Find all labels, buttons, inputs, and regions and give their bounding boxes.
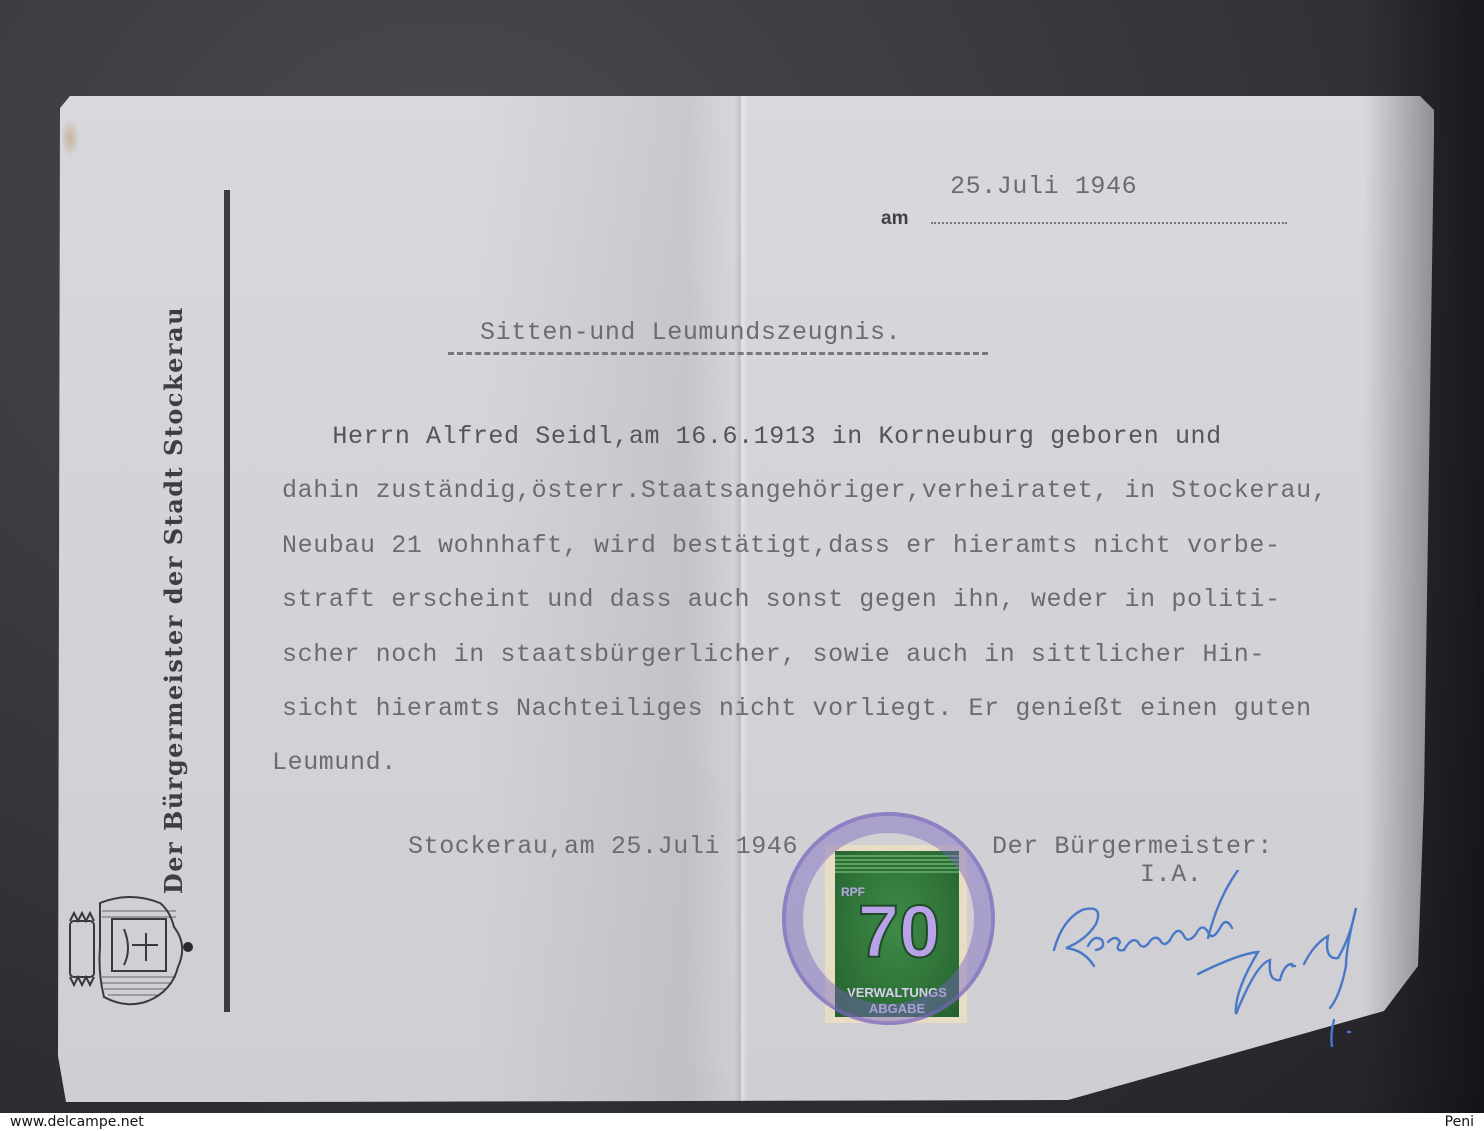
body-line-5: scher noch in staatsbürgerlicher, sowie … <box>282 640 1265 669</box>
letterhead-rule <box>224 190 230 1012</box>
place-date: Stockerau,am 25.Juli 1946 <box>408 832 798 861</box>
signatory-title: Der Bürgermeister: <box>992 832 1273 861</box>
letterhead-vertical: Der Bürgermeister der Stadt Stockerau <box>159 306 188 894</box>
body-line-2: dahin zuständig,österr.Staatsangehöriger… <box>282 476 1327 505</box>
date-dotted-line <box>931 222 1287 224</box>
handwritten-signature <box>1048 870 1418 1060</box>
watermark-seller: Peni <box>1445 1114 1474 1130</box>
cancellation-stamp-icon <box>782 812 995 1025</box>
body-line-7: Leumund. <box>272 748 397 777</box>
body-line-1: Herrn Alfred Seidl,am 16.6.1913 in Korne… <box>270 422 1222 451</box>
watermark-delcampe: www.delcampe.net <box>10 1114 144 1130</box>
body-line-4: straft erscheint und dass auch sonst geg… <box>282 585 1281 614</box>
coat-of-arms-icon <box>66 893 206 1013</box>
date-value: 25.Juli 1946 <box>950 172 1137 201</box>
body-line-6: sicht hieramts Nachteiliges nicht vorlie… <box>282 694 1312 723</box>
paper-stain <box>60 118 80 158</box>
body-line-3: Neubau 21 wohnhaft, wird bestätigt,dass … <box>282 531 1281 560</box>
document-title: Sitten-und Leumundszeugnis. <box>480 318 901 347</box>
date-label: am <box>881 208 908 230</box>
photo-background: Der Bürgermeister der Stadt Stockerau 25… <box>0 0 1484 1113</box>
title-underline <box>448 352 988 355</box>
